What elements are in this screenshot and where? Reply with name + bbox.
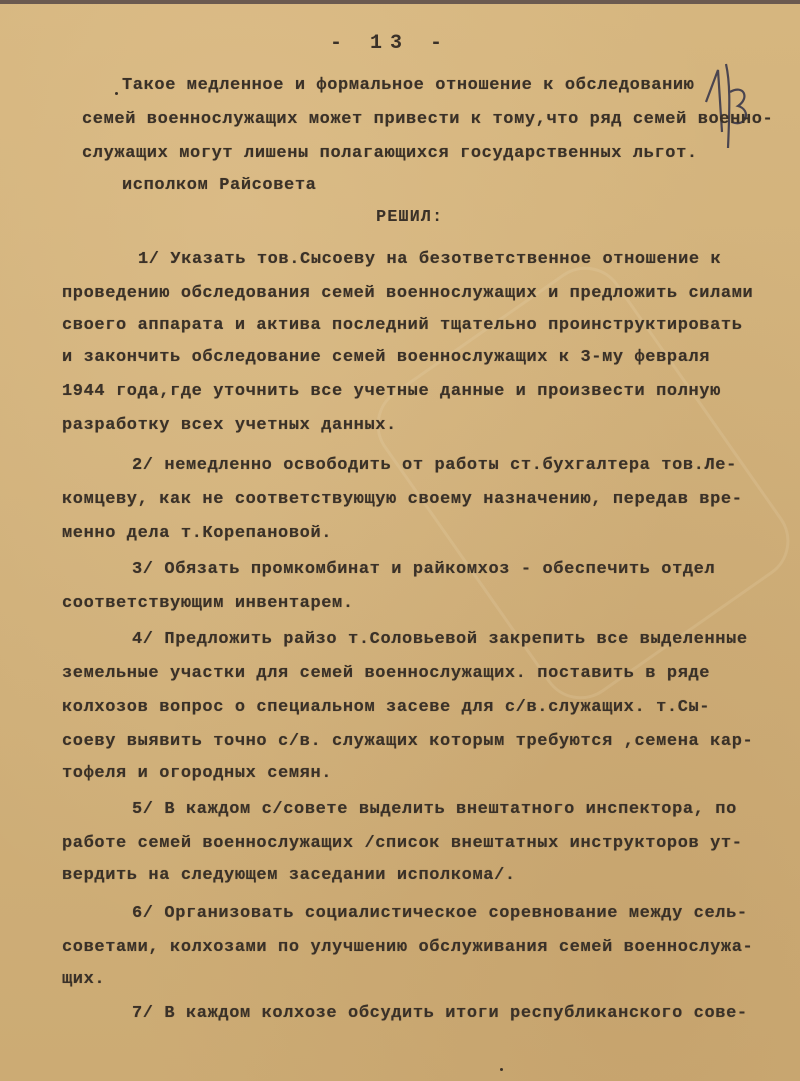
- item-1-line: своего аппарата и актива последний тщате…: [62, 316, 743, 335]
- intro-line: служащих могут лишены полагающихся госуд…: [82, 144, 698, 163]
- item-6-line: щих.: [62, 970, 105, 989]
- ink-speck: [500, 1068, 503, 1071]
- scan-top-edge: [0, 0, 800, 4]
- item-5-line: работе семей военнослужащих /список внеш…: [62, 834, 743, 853]
- item-4-line: соеву выявить точно с/в. служащих которы…: [62, 732, 753, 751]
- item-6-line: советами, колхозами по улучшению обслужи…: [62, 938, 753, 957]
- item-3-line: 3/ Обязать промкомбинат и райкомхоз - об…: [132, 560, 715, 579]
- item-1-line: 1944 года,где уточнить все учетные данны…: [62, 382, 721, 401]
- item-4-line: колхозов вопрос о специальном засеве для…: [62, 698, 710, 717]
- intro-line: Такое медленное и формальное отношение к…: [122, 76, 695, 95]
- item-1-line: и закончить обследование семей военнослу…: [62, 348, 710, 367]
- decision-heading: РЕШИЛ:: [376, 208, 443, 227]
- item-1-line: 1/ Указать тов.Сысоеву на безответственн…: [138, 250, 721, 269]
- item-7-line: 7/ В каждом колхозе обсудить итоги респу…: [132, 1004, 748, 1023]
- handwritten-page-mark-icon: [700, 62, 756, 152]
- item-2-line: 2/ немедленно освободить от работы ст.бу…: [132, 456, 737, 475]
- intro-line: исполком Райсовета: [122, 176, 316, 195]
- item-4-line: земельные участки для семей военнослужащ…: [62, 664, 710, 683]
- item-2-line: менно дела т.Корепановой.: [62, 524, 332, 543]
- item-6-line: 6/ Организовать социалистическое соревно…: [132, 904, 748, 923]
- item-1-line: проведению обследования семей военнослуж…: [62, 284, 753, 303]
- intro-line: семей военнослужащих может привести к то…: [82, 110, 773, 129]
- document-page: - 13 - Такое медленное и формальное отно…: [0, 0, 800, 1081]
- item-4-line: 4/ Предложить райзо т.Соловьевой закрепи…: [132, 630, 748, 649]
- item-5-line: вердить на следующем заседании исполкома…: [62, 866, 516, 885]
- item-5-line: 5/ В каждом с/совете выделить внештатног…: [132, 800, 737, 819]
- ink-speck: [115, 92, 118, 95]
- item-4-line: тофеля и огородных семян.: [62, 764, 332, 783]
- item-2-line: комцеву, как не соответствующую своему н…: [62, 490, 743, 509]
- page-number: - 13 -: [330, 32, 450, 55]
- item-1-line: разработку всех учетных данных.: [62, 416, 397, 435]
- item-3-line: соответствующим инвентарем.: [62, 594, 354, 613]
